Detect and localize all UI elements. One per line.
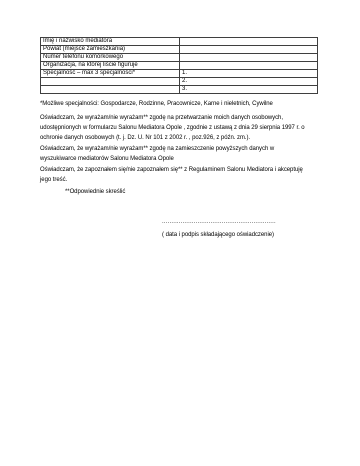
table-row: 2. xyxy=(41,78,318,86)
table-cell-label xyxy=(41,86,180,94)
table-cell-label: Powiat (miejsce zamieszkania) xyxy=(41,46,180,54)
table-cell-value: 2. xyxy=(180,78,318,86)
table-cell-value xyxy=(180,38,318,46)
table-row: 3. xyxy=(41,86,318,94)
table-row: Powiat (miejsce zamieszkania) xyxy=(41,46,318,54)
table-cell-value xyxy=(180,62,318,70)
signature-block: ........................................… xyxy=(162,217,319,240)
signature-caption: ( data i podpis składającego oświadczeni… xyxy=(162,230,319,240)
table-cell-label: Numer telefonu komórkowego xyxy=(41,54,180,62)
table-cell-value xyxy=(180,46,318,54)
mediator-info-table: Imię i nazwisko mediatora Powiat (miejsc… xyxy=(40,37,318,94)
table-row: Specjalność – max 3 specjalności* 1. xyxy=(41,70,318,78)
table-row: Numer telefonu komórkowego xyxy=(41,54,318,62)
table-cell-label: Organizacja, na której liście figuruje xyxy=(41,62,180,70)
document-page: Imię i nazwisko mediatora Powiat (miejsc… xyxy=(0,0,360,466)
table-row: Organizacja, na której liście figuruje xyxy=(41,62,318,70)
table-cell-value xyxy=(180,54,318,62)
document-content: Imię i nazwisko mediatora Powiat (miejsc… xyxy=(40,37,319,240)
signature-dotted-line: ........................................… xyxy=(162,217,319,227)
statement-line: Oświadczam, że zapoznałem się/nie zapozn… xyxy=(40,165,319,175)
statement-regulations-acceptance: Oświadczam, że zapoznałem się/nie zapozn… xyxy=(40,165,319,185)
statement-line: Oświadczam, że wyrażam/nie wyrażam** zgo… xyxy=(40,144,319,154)
statement-line: jego treść. xyxy=(40,175,319,185)
statement-publication-consent: Oświadczam, że wyrażam/nie wyrażam** zgo… xyxy=(40,144,319,164)
statement-line: wyszukiwarce mediatorów Salonu Mediatora… xyxy=(40,154,319,164)
statement-line: ochronie danych osobowych (t. j. Dz. U. … xyxy=(40,133,319,143)
statement-line: udostępnionych w formularzu Salonu Media… xyxy=(40,123,319,133)
table-cell-value: 1. xyxy=(180,70,318,78)
table-row: Imię i nazwisko mediatora xyxy=(41,38,318,46)
statement-line: Oświadczam, że wyrażam/nie wyrażam** zgo… xyxy=(40,113,319,123)
statement-data-processing: Oświadczam, że wyrażam/nie wyrażam** zgo… xyxy=(40,113,319,143)
table-cell-label xyxy=(41,78,180,86)
table-cell-value: 3. xyxy=(180,86,318,94)
specialties-note: *Możliwe specjalności: Gospodarcze, Rodz… xyxy=(40,99,319,109)
strike-out-footnote: **Odpowiednie skreślić xyxy=(40,187,319,197)
table-cell-label: Specjalność – max 3 specjalności* xyxy=(41,70,180,78)
table-cell-label: Imię i nazwisko mediatora xyxy=(41,38,180,46)
